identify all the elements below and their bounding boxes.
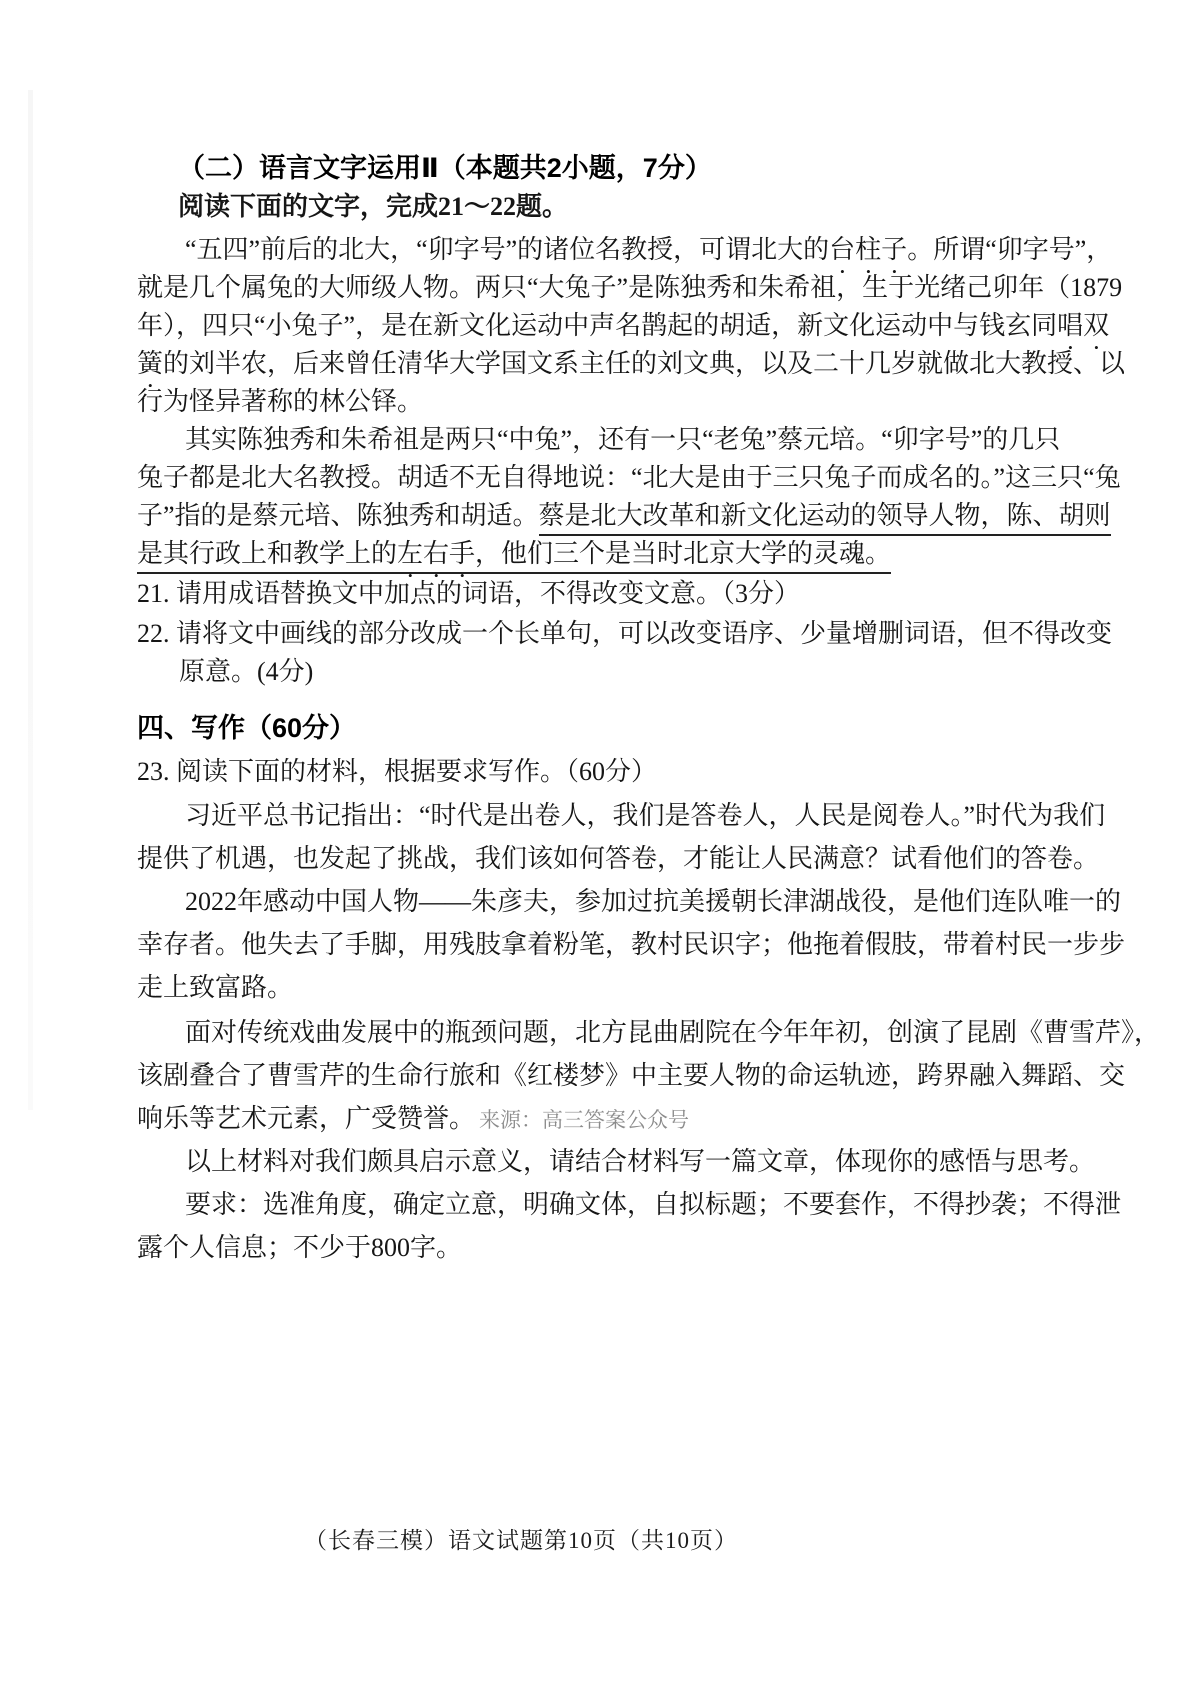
passage-p2-line1: 其实陈独秀和朱希祖是两只“中兔”，还有一只“老兔”蔡元培。“卯字号”的几只 [137, 423, 1049, 461]
passage-text: 。所谓“卯字号”， [907, 235, 1112, 264]
underlined-sentence-part1: 蔡是北大改革和新文化运动的领导人物，陈、胡则 [539, 501, 1111, 536]
passage-text: 年），四只“小兔子”，是在新文化运动中声名鹊起的胡适，新文化运动中与钱玄同 [137, 311, 1057, 340]
section-writing-heading: 四、写作（60分） [137, 710, 1049, 755]
exam-paper-page: （二）语言文字运用Ⅱ（本题共2小题，7分） 阅读下面的文字，完成21～22题。 … [0, 0, 1200, 1697]
passage-p2-line3: 子”指的是蔡元培、陈独秀和胡适。蔡是北大改革和新文化运动的领导人物，陈、胡则 [137, 499, 1049, 537]
question-22-line1: 22. 请将文中画线的部分改成一个长单句，可以改变语序、少量增删词语，但不得改变 [137, 617, 1049, 655]
emphasis-dotted-word-zuoyoushou: 左右手 [397, 539, 475, 568]
passage-p1-line4: 簧的刘半农，后来曾任清华大学国文系主任的刘文典，以及二十几岁就做北大教授、以 [137, 347, 1049, 385]
emphasis-dotted-word-taizhuzi: 台柱子 [829, 235, 907, 264]
material1-line1: 习近平总书记指出：“时代是出卷人，我们是答卷人，人民是阅卷人。”时代为我们 [137, 798, 1049, 841]
material3-line2: 该剧叠合了曹雪芹的生命行旅和《红楼梦》中主要人物的命运轨迹，跨界融入舞蹈、交 [137, 1058, 1049, 1101]
passage-p1-line3: 年），四只“小兔子”，是在新文化运动中声名鹊起的胡适，新文化运动中与钱玄同唱双 [137, 309, 1049, 347]
passage-p1-line2: 就是几个属兔的大师级人物。两只“大兔子”是陈独秀和朱希祖，生于光绪己卯年（187… [137, 271, 1049, 309]
source-watermark: 来源：高三答案公众号 [479, 1109, 689, 1132]
scan-artifact [28, 90, 33, 1110]
passage-text: 子”指的是蔡元培、陈独秀和胡适。 [137, 501, 539, 530]
page-footer: （长春三模）语文试题第10页（共10页） [304, 1522, 738, 1555]
material4-line1: 以上材料对我们颇具启示意义，请结合材料写一篇文章，体现你的感悟与思考。 [137, 1144, 1049, 1187]
passage-text: 的刘半农，后来曾任清华大学国文系主任的刘文典，以及二十几岁就做北大教授、以 [163, 349, 1125, 378]
underlined-sentence-part2: 是其行政上和教学上的左右手，他们三个是当时北京大学的灵魂。 [137, 539, 891, 574]
material2-line1: 2022年感动中国人物——朱彦夫，参加过抗美援朝长津湖战役，是他们连队唯一的 [137, 884, 1049, 927]
question-22-line2: 原意。(4分) [137, 655, 1049, 697]
material2-line3: 走上致富路。 [137, 970, 1049, 1013]
requirements-line2: 露个人信息；不少于800字。 [137, 1230, 1049, 1273]
material3-text: 响乐等艺术元素，广受赞誉。 [137, 1104, 475, 1133]
material3-line1: 面对传统戏曲发展中的瓶颈问题，北方昆曲剧院在今年年初，创演了昆剧《曹雪芹》， [137, 1015, 1049, 1058]
passage-p2-line4: 是其行政上和教学上的左右手，他们三个是当时北京大学的灵魂。 [137, 537, 1049, 575]
passage-p1-line5: 行为怪异著称的林公铎。 [137, 385, 1049, 423]
passage-text: “五四”前后的北大，“卯字号”的诸位名教授，可谓北大的 [185, 235, 829, 264]
emphasis-dotted-word-huang: 簧 [137, 349, 163, 378]
passage-p1-line1: “五四”前后的北大，“卯字号”的诸位名教授，可谓北大的台柱子。所谓“卯字号”， [137, 233, 1049, 271]
requirements-line1: 要求：选准角度，确定立意，明确文体，自拟标题；不要套作，不得抄袭；不得泄 [137, 1187, 1049, 1230]
question-21: 21. 请用成语替换文中加点的词语，不得改变文意。（3分） [137, 577, 1049, 617]
emphasis-dotted-word-changshuang: 唱双 [1057, 311, 1109, 340]
underlined-text: ，他们三个是当时北京大学的灵魂。 [475, 539, 891, 568]
section-language-use-heading: （二）语言文字运用Ⅱ（本题共2小题，7分） [137, 152, 1049, 190]
question-23: 23. 阅读下面的材料，根据要求写作。（60分） [137, 755, 1049, 798]
passage-p2-line2: 兔子都是北大名教授。胡适不无自得地说：“北大是由于三只兔子而成名的。”这三只“兔 [137, 461, 1049, 499]
material2-line2: 幸存者。他失去了手脚，用残肢拿着粉笔，教村民识字；他拖着假肢，带着村民一步步 [137, 927, 1049, 970]
material1-line2: 提供了机遇，也发起了挑战，我们该如何答卷，才能让人民满意？试看他们的答卷。 [137, 841, 1049, 884]
underlined-text: 是其行政上和教学上的 [137, 539, 397, 568]
material3-line3: 响乐等艺术元素，广受赞誉。来源：高三答案公众号 [137, 1101, 1049, 1144]
exam-content: （二）语言文字运用Ⅱ（本题共2小题，7分） 阅读下面的文字，完成21～22题。 … [137, 152, 1049, 1273]
passage-instruction: 阅读下面的文字，完成21～22题。 [137, 190, 1049, 233]
